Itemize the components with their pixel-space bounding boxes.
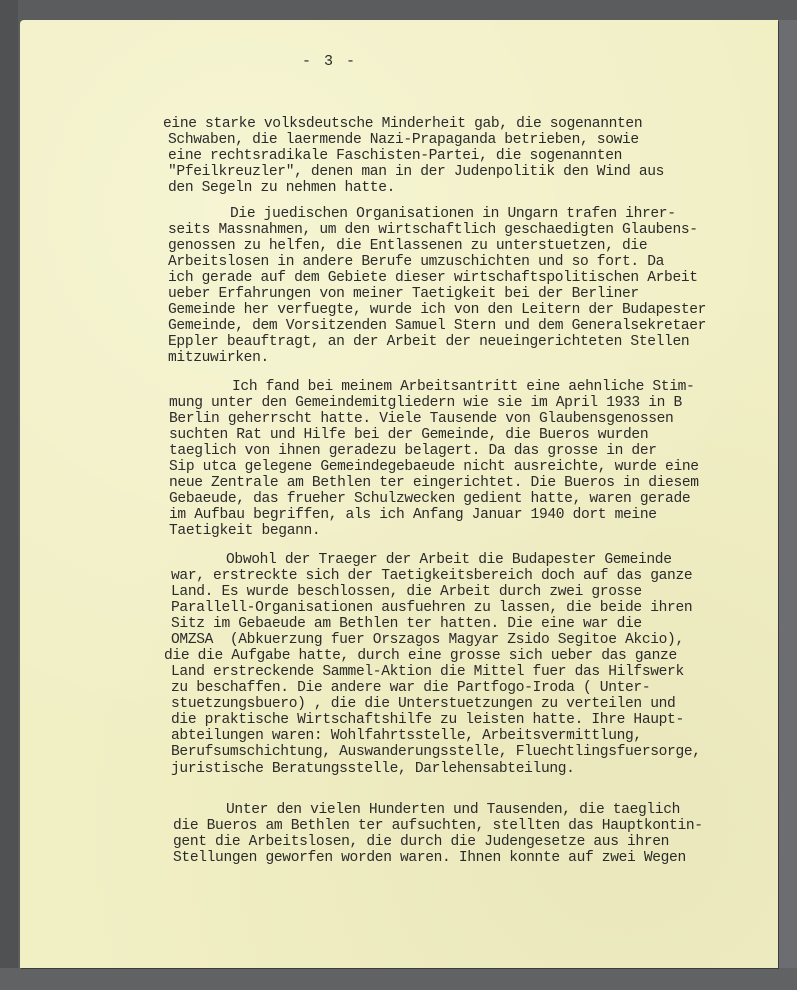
paragraph-4-line: Land. Es wurde beschlossen, die Arbeit d…: [171, 585, 642, 600]
paragraph-4-line: Parallell-Organisationen ausfuehren zu l…: [171, 601, 692, 616]
paragraph-2-line: ueber Erfahrungen von meiner Taetigkeit …: [168, 287, 639, 302]
paragraph-5-line: Stellungen geworfen worden waren. Ihnen …: [173, 851, 686, 866]
paragraph-5-line: Unter den vielen Hunderten und Tausenden…: [226, 803, 680, 818]
paragraph-3-line: Ich fand bei meinem Arbeitsantritt eine …: [232, 380, 694, 395]
paragraph-4-line: zu beschaffen. Die andere war die Partfo…: [171, 681, 650, 696]
paragraph-4-line: Obwohl der Traeger der Arbeit die Budape…: [226, 553, 672, 568]
paragraph-3-line: neue Zentrale am Bethlen ter eingerichte…: [169, 476, 699, 491]
paragraph-3-line: taeglich von ihnen geradezu belagert. Da…: [169, 444, 657, 459]
paragraph-1-line: eine starke volksdeutsche Minderheit gab…: [163, 117, 642, 132]
paragraph-2-line: mitzuwirken.: [168, 351, 269, 366]
paragraph-3-line: suchten Rat und Hilfe bei der Gemeinde, …: [169, 428, 648, 443]
paragraph-2-line: Gemeinde, dem Vorsitzenden Samuel Stern …: [168, 319, 706, 334]
paragraph-2-line: Eppler beauftragt, an der Arbeit der neu…: [168, 335, 689, 350]
paragraph-5-line: die Bueros am Bethlen ter aufsuchten, st…: [173, 819, 703, 834]
paragraph-4-line: stuetzungsbuero) , die die Unterstuetzun…: [171, 697, 675, 712]
paragraph-1-line: Schwaben, die laermende Nazi-Prapaganda …: [168, 133, 639, 148]
paragraph-3-line: im Aufbau begriffen, als ich Anfang Janu…: [169, 508, 657, 523]
scan-background-bottom: [0, 968, 797, 990]
page-number: - 3 -: [302, 53, 357, 70]
paragraph-1-line: "Pfeilkreuzler", denen man in der Judenp…: [168, 165, 664, 180]
paragraph-2-line: ich gerade auf dem Gebiete dieser wirtsc…: [168, 271, 698, 286]
paragraph-2-line: Die juedischen Organisationen in Ungarn …: [230, 207, 676, 222]
paragraph-3-line: Taetigkeit begann.: [169, 524, 320, 539]
paragraph-3-line: Berlin geherrscht hatte. Viele Tausende …: [169, 412, 673, 427]
paragraph-2-line: genossen zu helfen, die Entlassenen zu u…: [168, 239, 647, 254]
paragraph-4-line: war, erstreckte sich der Taetigkeitsbere…: [171, 569, 692, 584]
paragraph-2-line: Gemeinde her verfuegte, wurde ich von de…: [168, 303, 706, 318]
paragraph-4-line: juristische Beratungsstelle, Darlehensab…: [171, 762, 575, 777]
paragraph-4-line: die praktische Wirtschaftshilfe zu leist…: [171, 713, 684, 728]
paragraph-1-line: den Segeln zu nehmen hatte.: [168, 181, 395, 196]
scan-background-right: [778, 20, 797, 968]
paragraph-4-line: Sitz im Gebaeude am Bethlen ter hatten. …: [171, 617, 642, 632]
paragraph-4-line: OMZSA (Abkuerzung fuer Orszagos Magyar Z…: [171, 633, 684, 648]
paragraph-4-line: abteilungen waren: Wohlfahrtsstelle, Arb…: [171, 729, 642, 744]
paragraph-4-line: Berufsumschichtung, Auswanderungsstelle,…: [171, 745, 701, 760]
paragraph-3-line: Sip utca gelegene Gemeindegebaeude nicht…: [169, 460, 699, 475]
paragraph-5-line: gent die Arbeitslosen, die durch die Jud…: [173, 835, 669, 850]
paragraph-2-line: Arbeitslosen in andere Berufe umzuschich…: [168, 255, 664, 270]
paragraph-2-line: seits Massnahmen, um den wirtschaftlich …: [168, 223, 698, 238]
scan-background-left: [0, 0, 18, 990]
paragraph-1-line: eine rechtsradikale Faschisten-Partei, d…: [168, 149, 622, 164]
paragraph-3-line: mung unter den Gemeindemitgliedern wie s…: [169, 396, 682, 411]
paragraph-4-line: Land erstreckende Sammel-Aktion die Mitt…: [171, 665, 684, 680]
paragraph-3-line: Gebaeude, das frueher Schulzwecken gedie…: [169, 492, 690, 507]
paragraph-4-line: die die Aufgabe hatte, durch eine grosse…: [164, 649, 677, 664]
